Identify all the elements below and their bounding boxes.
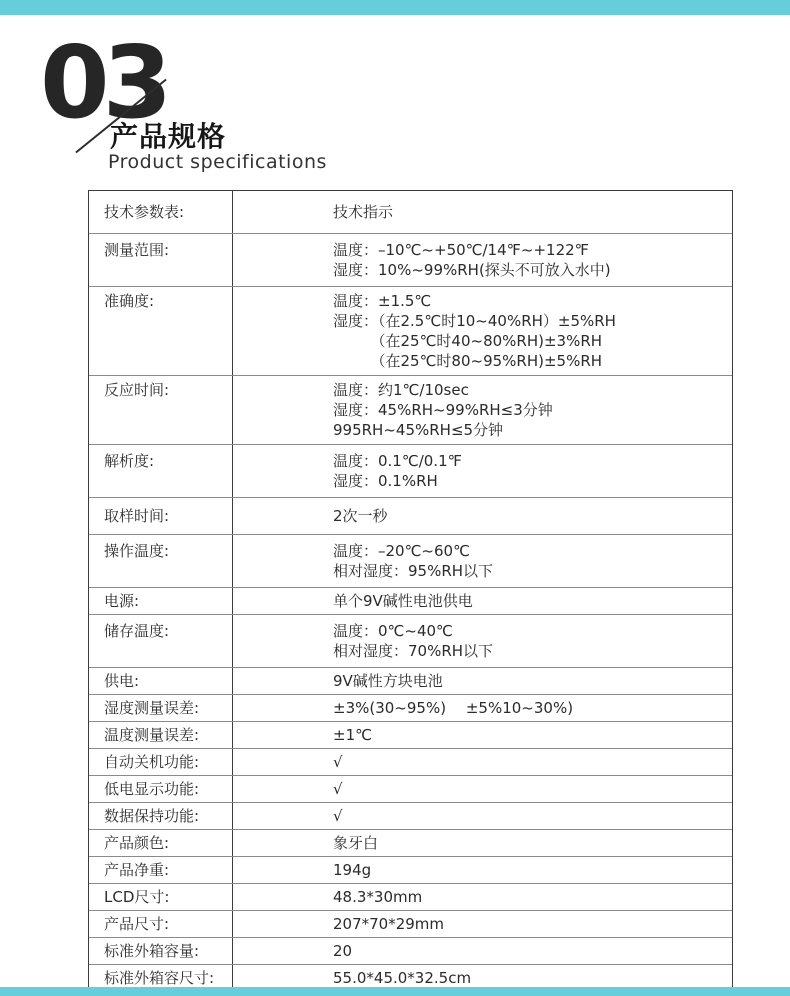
spec-value-line: 湿度：10%~99%RH(探头不可放入水中) <box>333 260 724 280</box>
spec-value: 194g <box>233 857 732 883</box>
table-row: 解析度:温度：0.1℃/0.1℉湿度：0.1%RH <box>89 444 732 497</box>
spec-value: ±3%(30~95%) ±5%10~30%) <box>233 695 732 721</box>
table-row: 储存温度:温度：0℃~40℃相对湿度：70%RH以下 <box>89 614 732 667</box>
spec-label: 储存温度: <box>89 615 233 667</box>
spec-value: 温度：–20℃~60℃相对湿度：95%RH以下 <box>233 535 732 587</box>
table-row: 电源:单个9V碱性电池供电 <box>89 587 732 614</box>
spec-value-line: 温度：0℃~40℃ <box>333 621 724 641</box>
spec-label: 操作温度: <box>89 535 233 587</box>
table-row: 自动关机功能:√ <box>89 748 732 775</box>
spec-value-line: √ <box>333 752 724 772</box>
spec-value-line: 温度：–20℃~60℃ <box>333 541 724 561</box>
spec-value-line: 2次一秒 <box>333 506 724 526</box>
spec-value-line: 9V碱性方块电池 <box>333 671 724 691</box>
spec-value: 温度：约1℃/10sec湿度：45%RH~99%RH≤3分钟995RH~45%R… <box>233 376 732 444</box>
table-row: 技术参数表:技术指示 <box>89 191 732 233</box>
spec-value-line: 温度：±1.5℃ <box>333 291 724 311</box>
spec-sheet-page: 03 产品规格 Product specifications 技术参数表:技术指… <box>0 0 790 996</box>
spec-value: 2次一秒 <box>233 498 732 534</box>
spec-label: 测量范围: <box>89 234 233 286</box>
spec-value: 温度：–10℃~+50℃/14℉~+122℉湿度：10%~99%RH(探头不可放… <box>233 234 732 286</box>
spec-table: 技术参数表:技术指示测量范围:温度：–10℃~+50℃/14℉~+122℉湿度：… <box>88 190 733 992</box>
spec-value-line: 194g <box>333 860 724 880</box>
spec-label: 湿度测量误差: <box>89 695 233 721</box>
table-row: 取样时间:2次一秒 <box>89 497 732 534</box>
spec-value-line: 207*70*29mm <box>333 914 724 934</box>
spec-value: 象牙白 <box>233 830 732 856</box>
spec-value: 技术指示 <box>233 191 732 233</box>
spec-label: 电源: <box>89 588 233 614</box>
spec-value-line: 20 <box>333 941 724 961</box>
spec-value-line: （在25℃时40~80%RH)±3%RH <box>333 331 724 351</box>
page-title: 产品规格 <box>110 115 226 155</box>
spec-value: 9V碱性方块电池 <box>233 668 732 694</box>
spec-value: 207*70*29mm <box>233 911 732 937</box>
spec-value-line: 相对湿度：70%RH以下 <box>333 641 724 661</box>
spec-label: 技术参数表: <box>89 191 233 233</box>
spec-value-line: 湿度：0.1%RH <box>333 471 724 491</box>
table-row: 测量范围:温度：–10℃~+50℃/14℉~+122℉湿度：10%~99%RH(… <box>89 233 732 286</box>
accent-bar-top <box>0 0 790 15</box>
table-row: 温度测量误差:±1℃ <box>89 721 732 748</box>
spec-value-line: ±3%(30~95%) ±5%10~30%) <box>333 698 724 718</box>
spec-value: 20 <box>233 938 732 964</box>
spec-value-line: 温度：约1℃/10sec <box>333 380 724 400</box>
table-row: 标准外箱容量:20 <box>89 937 732 964</box>
spec-value-line: 温度：–10℃~+50℃/14℉~+122℉ <box>333 240 724 260</box>
spec-value: 48.3*30mm <box>233 884 732 910</box>
spec-label: 供电: <box>89 668 233 694</box>
spec-value: √ <box>233 749 732 775</box>
table-row: 准确度:温度：±1.5℃湿度：（在2.5℃时10~40%RH）±5%RH （在2… <box>89 286 732 375</box>
spec-label: 产品颜色: <box>89 830 233 856</box>
spec-label: 反应时间: <box>89 376 233 444</box>
spec-value-line: 湿度：45%RH~99%RH≤3分钟 <box>333 400 724 420</box>
spec-value-line: 湿度：（在2.5℃时10~40%RH）±5%RH <box>333 311 724 331</box>
accent-bar-bottom <box>0 987 790 996</box>
table-row: 数据保持功能:√ <box>89 802 732 829</box>
spec-value-line: 55.0*45.0*32.5cm <box>333 968 724 988</box>
spec-value-line: √ <box>333 806 724 826</box>
spec-value-line: 48.3*30mm <box>333 887 724 907</box>
table-row: 产品颜色:象牙白 <box>89 829 732 856</box>
spec-label: 产品净重: <box>89 857 233 883</box>
table-row: 产品尺寸:207*70*29mm <box>89 910 732 937</box>
spec-value: 温度：0.1℃/0.1℉湿度：0.1%RH <box>233 445 732 497</box>
spec-value-line: 象牙白 <box>333 833 724 853</box>
spec-value-line: 技术指示 <box>333 202 724 222</box>
table-row: 反应时间:温度：约1℃/10sec湿度：45%RH~99%RH≤3分钟995RH… <box>89 375 732 444</box>
spec-label: 标准外箱容量: <box>89 938 233 964</box>
spec-label: 低电显示功能: <box>89 776 233 802</box>
spec-label: 准确度: <box>89 287 233 375</box>
spec-label: 取样时间: <box>89 498 233 534</box>
spec-value: 温度：0℃~40℃相对湿度：70%RH以下 <box>233 615 732 667</box>
spec-value: ±1℃ <box>233 722 732 748</box>
spec-label: 温度测量误差: <box>89 722 233 748</box>
spec-value: √ <box>233 776 732 802</box>
page-subtitle: Product specifications <box>108 151 327 173</box>
spec-label: 解析度: <box>89 445 233 497</box>
table-row: 供电:9V碱性方块电池 <box>89 667 732 694</box>
spec-value-line: 相对湿度：95%RH以下 <box>333 561 724 581</box>
spec-value-line: 温度：0.1℃/0.1℉ <box>333 451 724 471</box>
page-header: 03 产品规格 Product specifications <box>0 15 790 185</box>
spec-label: 自动关机功能: <box>89 749 233 775</box>
spec-value-line: 995RH~45%RH≤5分钟 <box>333 420 724 440</box>
table-row: LCD尺寸:48.3*30mm <box>89 883 732 910</box>
spec-value: √ <box>233 803 732 829</box>
table-row: 低电显示功能:√ <box>89 775 732 802</box>
spec-label: LCD尺寸: <box>89 884 233 910</box>
table-row: 湿度测量误差:±3%(30~95%) ±5%10~30%) <box>89 694 732 721</box>
spec-value-line: ±1℃ <box>333 725 724 745</box>
spec-value-line: （在25℃时80~95%RH)±5%RH <box>333 351 724 371</box>
spec-value: 温度：±1.5℃湿度：（在2.5℃时10~40%RH）±5%RH （在25℃时4… <box>233 287 732 375</box>
spec-value-line: 单个9V碱性电池供电 <box>333 591 724 611</box>
spec-value: 单个9V碱性电池供电 <box>233 588 732 614</box>
spec-value-line: √ <box>333 779 724 799</box>
spec-label: 产品尺寸: <box>89 911 233 937</box>
table-row: 产品净重:194g <box>89 856 732 883</box>
spec-label: 数据保持功能: <box>89 803 233 829</box>
table-row: 操作温度:温度：–20℃~60℃相对湿度：95%RH以下 <box>89 534 732 587</box>
